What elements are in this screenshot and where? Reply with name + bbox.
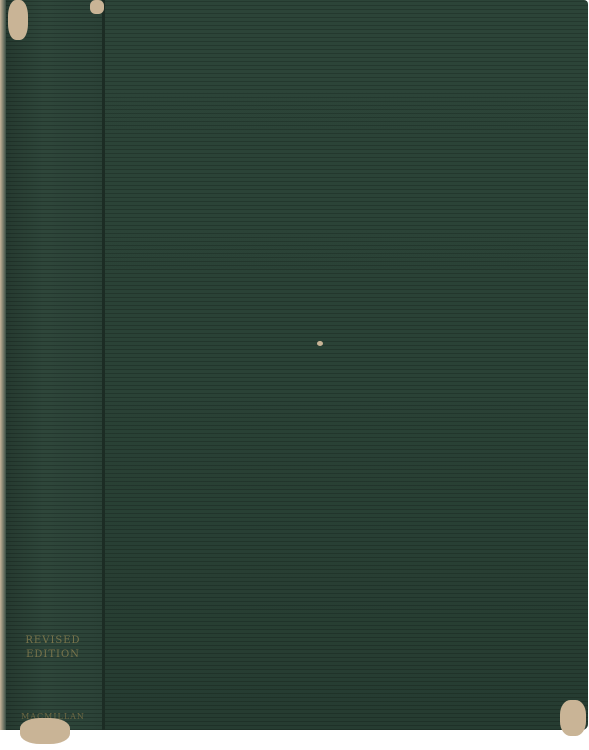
spine-worn-edge	[0, 0, 6, 730]
spine-edition-line-1: REVISED	[4, 634, 102, 648]
wear-bottom-spine	[20, 718, 70, 744]
spine-edition-line-2: EDITION	[4, 648, 102, 662]
wear-bottom-right	[560, 700, 586, 736]
wear-top-spine	[90, 0, 104, 14]
cover-speck	[317, 341, 323, 346]
book-spine	[4, 0, 105, 730]
wear-top-left	[8, 0, 28, 40]
photo-canvas: REVISED EDITION MACMILLAN	[0, 0, 589, 750]
